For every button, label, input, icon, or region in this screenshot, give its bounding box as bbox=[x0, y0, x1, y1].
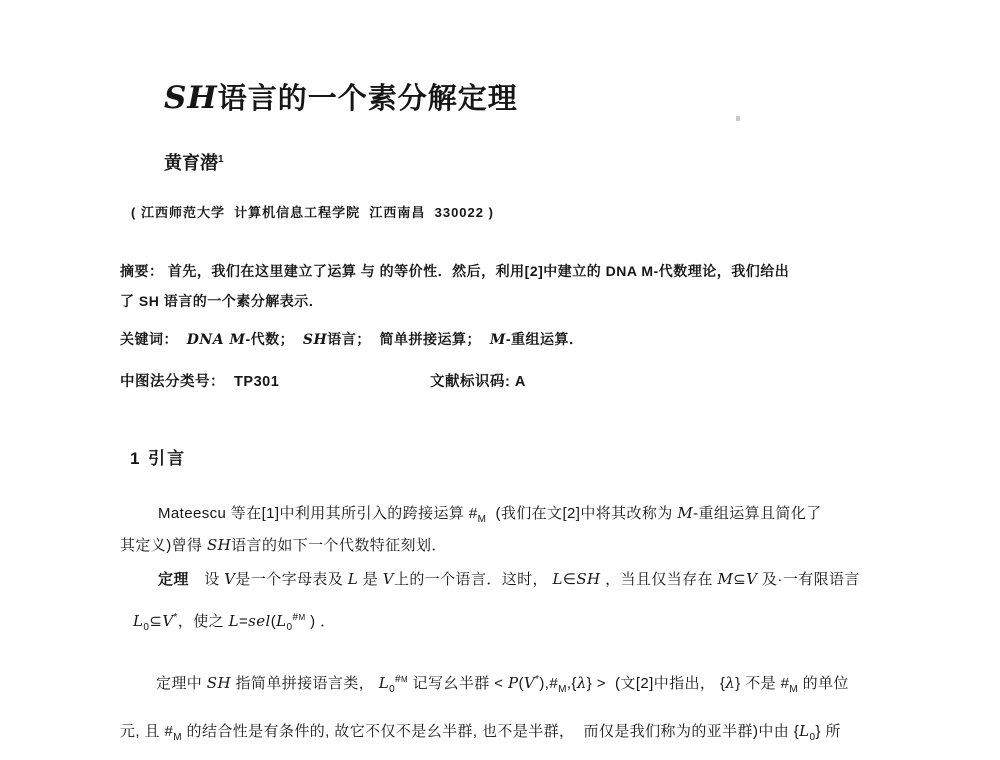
text-run: 是 bbox=[358, 571, 383, 588]
text-run: M bbox=[173, 732, 182, 743]
paper-title: SH语言的一个素分解定理 bbox=[164, 76, 518, 117]
text-run: } > (文[2]中指出， { bbox=[587, 675, 726, 692]
text-run: sel bbox=[248, 612, 271, 630]
text-run: V bbox=[746, 570, 757, 588]
text-run: ⊆ bbox=[149, 613, 162, 630]
text-run: SH bbox=[207, 674, 231, 692]
remark-paragraph-line-1: 定理中 SH 指简单拼接语言类， L0#M 记写幺半群 < P(V*),#M,{… bbox=[156, 672, 890, 695]
theorem-formula-line: L0⊆V*，使之 L=sel(L0#M ) ． bbox=[133, 610, 903, 633]
text-run: ，使之 bbox=[178, 613, 229, 630]
section-1-heading: 1 引言 bbox=[130, 444, 186, 469]
abstract-line-2: 了 SH 语言的一个素分解表示． bbox=[120, 291, 895, 311]
text-run: M bbox=[789, 684, 798, 695]
scan-artifact-speck bbox=[736, 116, 740, 121]
text-run: 设 bbox=[189, 571, 224, 588]
text-run: ∈ bbox=[563, 571, 576, 588]
text-run: V bbox=[162, 612, 173, 630]
text-run: (我们在文[2]中将其改称为 bbox=[486, 505, 677, 522]
text-run: L bbox=[229, 612, 239, 630]
theorem-line-1: 定理 设 V是一个字母表及 L 是 V上的一个语言．这时， L∈SH ，当且仅当… bbox=[158, 568, 888, 589]
affiliation: ( 江西师范大学 计算机信息工程学院 江西南昌 330022 ) bbox=[131, 202, 494, 221]
text-run: SH bbox=[576, 570, 600, 588]
text-run: 语言的一个素分解定理 bbox=[218, 83, 518, 115]
author-name: 黄育潜1 bbox=[164, 149, 224, 175]
text-run: L bbox=[379, 674, 389, 692]
text-run: ) ． bbox=[306, 613, 336, 630]
text-run: 元, 且 # bbox=[120, 723, 173, 740]
text-run: L bbox=[348, 570, 358, 588]
text-run: SH bbox=[303, 332, 327, 348]
text-run: M bbox=[490, 332, 506, 348]
text-run: M bbox=[298, 613, 305, 622]
text-run: SH bbox=[207, 536, 231, 554]
text-run: A bbox=[510, 374, 526, 390]
text-run: 上的一个语言．这时， bbox=[394, 571, 553, 588]
text-run: L bbox=[553, 570, 563, 588]
keywords-line: 关键词： DNA M-代数； SH语言； 简单拼接运算； M-重组运算． bbox=[120, 329, 895, 349]
text-run: 的单位 bbox=[798, 675, 849, 692]
paper-page: SH语言的一个素分解定理 黄育潜1 ( 江西师范大学 计算机信息工程学院 江西南… bbox=[0, 0, 1000, 760]
text-run: } 不是 # bbox=[735, 675, 789, 692]
text-run: M bbox=[677, 504, 693, 522]
text-run: 1 引言 bbox=[130, 449, 186, 468]
document-code: 文献标识码: A bbox=[430, 370, 526, 391]
text-run: ⊆ bbox=[733, 571, 746, 588]
text-run: TP301 bbox=[225, 374, 279, 390]
text-run: V bbox=[524, 674, 535, 692]
text-run: 中图法分类号： bbox=[120, 374, 225, 390]
text-run: L bbox=[276, 612, 286, 630]
text-run: = bbox=[239, 613, 248, 630]
text-run: M bbox=[717, 570, 733, 588]
text-run bbox=[178, 331, 187, 347]
text-run: 其定义)曾得 bbox=[120, 537, 207, 554]
text-run: 1 bbox=[218, 154, 224, 165]
text-run: 是一个字母表及 bbox=[235, 571, 347, 588]
text-run: 摘要： bbox=[120, 263, 164, 279]
text-run: -重组运算． bbox=[506, 331, 584, 347]
text-run: DNA M bbox=[187, 332, 246, 348]
text-run: ),# bbox=[539, 675, 558, 692]
text-run: 语言的如下一个代数特征刻划． bbox=[231, 537, 447, 554]
text-run: Mateescu 等在[1]中利用其所引入的跨接运算 # bbox=[158, 505, 478, 522]
text-run: 文献标识码: bbox=[430, 374, 510, 390]
text-run: L bbox=[799, 722, 809, 740]
text-run: } 所 bbox=[815, 723, 840, 740]
text-run: 定理 bbox=[158, 571, 189, 588]
intro-paragraph-line-1: Mateescu 等在[1]中利用其所引入的跨接运算 #M (我们在文[2]中将… bbox=[158, 502, 888, 525]
text-run: M bbox=[558, 684, 567, 695]
text-run: 了 SH 语言的一个素分解表示． bbox=[120, 293, 323, 309]
text-run: L bbox=[133, 612, 143, 630]
text-run: V bbox=[383, 570, 394, 588]
text-run: 指简单拼接语言类， bbox=[231, 675, 379, 692]
text-run: 语言； 简单拼接运算； bbox=[327, 331, 490, 347]
text-run: 定理中 bbox=[156, 675, 207, 692]
text-run: P bbox=[508, 674, 519, 692]
abstract-line-1: 摘要： 首先，我们在这里建立了运算 与 的等价性．然后，利用[2]中建立的 DN… bbox=[120, 261, 895, 281]
text-run: SH bbox=[164, 80, 218, 116]
text-run: ，当且仅当存在 bbox=[601, 571, 718, 588]
text-run: λ bbox=[577, 674, 587, 692]
text-run: V bbox=[224, 570, 235, 588]
clc-number: 中图法分类号： TP301 bbox=[120, 370, 279, 391]
text-run: 0 bbox=[287, 622, 293, 633]
remark-paragraph-line-2: 元, 且 #M 的结合性是有条件的, 故它不仅不是幺半群, 也不是半群， 而仅是… bbox=[120, 720, 895, 743]
text-run: 的结合性是有条件的, 故它不仅不是幺半群, 也不是半群， 而仅是我们称为的亚半群… bbox=[182, 723, 799, 740]
text-run: ,{ bbox=[567, 675, 577, 692]
text-run: λ bbox=[725, 674, 735, 692]
text-run: -重组运算且简化了 bbox=[693, 505, 822, 522]
text-run: 记写幺半群 < bbox=[408, 675, 508, 692]
text-run: 黄育潜 bbox=[164, 153, 218, 173]
text-run: 0 bbox=[389, 684, 395, 695]
text-run: 及·一有限语言 bbox=[757, 571, 859, 588]
text-run: 首先，我们在这里建立了运算 与 的等价性．然后，利用[2]中建立的 DNA M-… bbox=[164, 263, 790, 279]
text-run: -代数； bbox=[245, 331, 302, 347]
intro-paragraph-line-2: 其定义)曾得 SH语言的如下一个代数特征刻划． bbox=[120, 534, 890, 555]
text-run: 关键词： bbox=[120, 331, 178, 347]
